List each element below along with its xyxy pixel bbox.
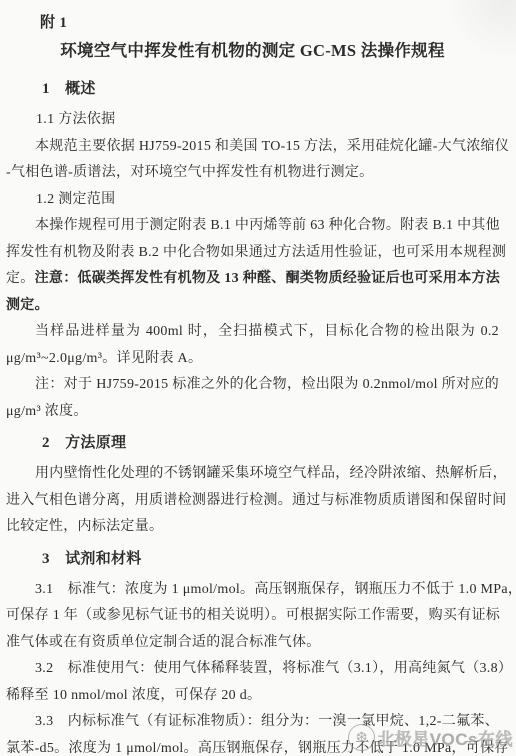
heading-text: 1.2 测定范围 — [36, 192, 115, 207]
section-heading: 1 概述 — [6, 76, 499, 103]
text-line: 进入气相色谱分离，用质谱检测器进行检测。通过与标准物质质谱图和保留时间 — [6, 488, 499, 515]
page-title: 环境空气中挥发性有机物的测定 GC-MS 法操作规程 — [6, 37, 499, 65]
heading-text: 1.1 方法依据 — [36, 112, 115, 127]
text-line: 本操作规程可用于测定附表 B.1 中丙烯等前 63 种化合物。附表 B.1 中其… — [6, 213, 499, 240]
text-segment: 本操作规程可用于测定附表 B.1 中丙烯等前 63 种化合物。附表 B.1 中其… — [35, 218, 500, 233]
heading-text: 2 方法原理 — [42, 435, 126, 451]
text-segment: 准气体或在有资质单位定制合适的混合标准气体。 — [6, 635, 321, 650]
text-segment: 可保存 1 年（或参见标气证书的相关说明）。可根据实际工作需要，购买有证标 — [6, 608, 500, 623]
text-line: 测定。 — [6, 293, 499, 320]
text-line: μg/m³ 浓度。 — [6, 399, 499, 426]
text-segment: 注：对于 HJ759-2015 标准之外的化合物，检出限为 0.2nmol/mo… — [35, 377, 499, 392]
heading-text: 1 概述 — [42, 81, 96, 97]
text-line: 准气体或在有资质单位定制合适的混合标准气体。 — [6, 630, 499, 657]
annex-label: 附 1 — [6, 10, 499, 37]
text-line: 当样品进样量为 400ml 时，全扫描模式下，目标化合物的检出限为 0.2 — [6, 319, 499, 346]
text-segment: 定。 — [6, 271, 35, 286]
text-segment: -气相色谱-质谱法，对环境空气中挥发性有机物进行测定。 — [6, 165, 373, 180]
text-segment: 注意：低碳类挥发性有机物及 13 种醛、酮类物质经验证后也可采用本方法 — [35, 271, 501, 286]
text-line: 挥发性有机物及附表 B.2 中化合物如果通过方法适用性验证，也可采用本规程测 — [6, 240, 499, 267]
text-line: 比较定性，内标法定量。 — [6, 514, 499, 541]
text-segment: 稀释至 10 nmol/mol 浓度，可保存 20 d。 — [6, 688, 261, 703]
text-segment: 挥发性有机物及附表 B.2 中化合物如果通过方法适用性验证，也可采用本规程测 — [6, 245, 506, 260]
text-line: 用内壁惰性化处理的不锈钢罐采集环境空气样品，经冷阱浓缩、热解析后， — [6, 461, 499, 488]
text-line: 3.3 内标标准气（有证标准物质）：组分为：一溴一氯甲烷、1,2-二氟苯、 — [6, 709, 499, 736]
text-segment: 比较定性，内标法定量。 — [6, 519, 163, 534]
text-line: 可保存 1 年（或参见标气证书的相关说明）。可根据实际工作需要，购买有证标 — [6, 603, 499, 630]
text-segment: 用内壁惰性化处理的不锈钢罐采集环境空气样品，经冷阱浓缩、热解析后， — [35, 466, 507, 481]
doc-body: 1 概述1.1 方法依据本规范主要依据 HJ759-2015 和美国 TO-15… — [6, 76, 499, 756]
text-line: -气相色谱-质谱法，对环境空气中挥发性有机物进行测定。 — [6, 160, 499, 187]
text-segment: μg/m³~2.0μg/m³。详见附表 A。 — [6, 351, 202, 366]
document-page: 附 1 环境空气中挥发性有机物的测定 GC-MS 法操作规程 1 概述1.1 方… — [0, 0, 516, 756]
subsection-heading: 1.1 方法依据 — [6, 107, 499, 134]
heading-text: 3 试剂和材料 — [42, 551, 142, 567]
text-segment: 当样品进样量为 400ml 时，全扫描模式下，目标化合物的检出限为 0.2 — [35, 324, 499, 339]
text-segment: 3.2 标准使用气：使用气体稀释装置，将标准气（3.1），用高纯氮气（3.8） — [35, 661, 512, 676]
text-line: 3.2 标准使用气：使用气体稀释装置，将标准气（3.1），用高纯氮气（3.8） — [6, 656, 499, 683]
section-heading: 3 试剂和材料 — [6, 546, 499, 573]
text-line: 氯苯-d5。浓度为 1 μmol/mol。高压钢瓶保存，钢瓶压力不低于 1.0 … — [6, 736, 499, 756]
text-line: μg/m³~2.0μg/m³。详见附表 A。 — [6, 346, 499, 373]
subsection-heading: 1.2 测定范围 — [6, 187, 499, 214]
text-line: 注：对于 HJ759-2015 标准之外的化合物，检出限为 0.2nmol/mo… — [6, 372, 499, 399]
text-segment: 进入气相色谱分离，用质谱检测器进行检测。通过与标准物质质谱图和保留时间 — [6, 493, 507, 508]
text-segment: 3.1 标准气：浓度为 1 μmol/mol。高压钢瓶保存，钢瓶压力不低于 1.… — [35, 582, 516, 597]
text-segment: 3.3 内标标准气（有证标准物质）：组分为：一溴一氯甲烷、1,2-二氟苯、 — [35, 714, 499, 729]
text-segment: 测定。 — [6, 298, 49, 313]
text-line: 定。注意：低碳类挥发性有机物及 13 种醛、酮类物质经验证后也可采用本方法 — [6, 266, 499, 293]
text-segment: 本规范主要依据 HJ759-2015 和美国 TO-15 方法，采用硅烷化罐-大… — [35, 139, 509, 154]
text-segment: 氯苯-d5。浓度为 1 μmol/mol。高压钢瓶保存，钢瓶压力不低于 1.0 … — [6, 741, 509, 756]
text-segment: μg/m³ 浓度。 — [6, 404, 88, 419]
section-heading: 2 方法原理 — [6, 430, 499, 457]
text-line: 本规范主要依据 HJ759-2015 和美国 TO-15 方法，采用硅烷化罐-大… — [6, 134, 499, 161]
text-line: 3.1 标准气：浓度为 1 μmol/mol。高压钢瓶保存，钢瓶压力不低于 1.… — [6, 577, 499, 604]
text-line: 稀释至 10 nmol/mol 浓度，可保存 20 d。 — [6, 683, 499, 710]
